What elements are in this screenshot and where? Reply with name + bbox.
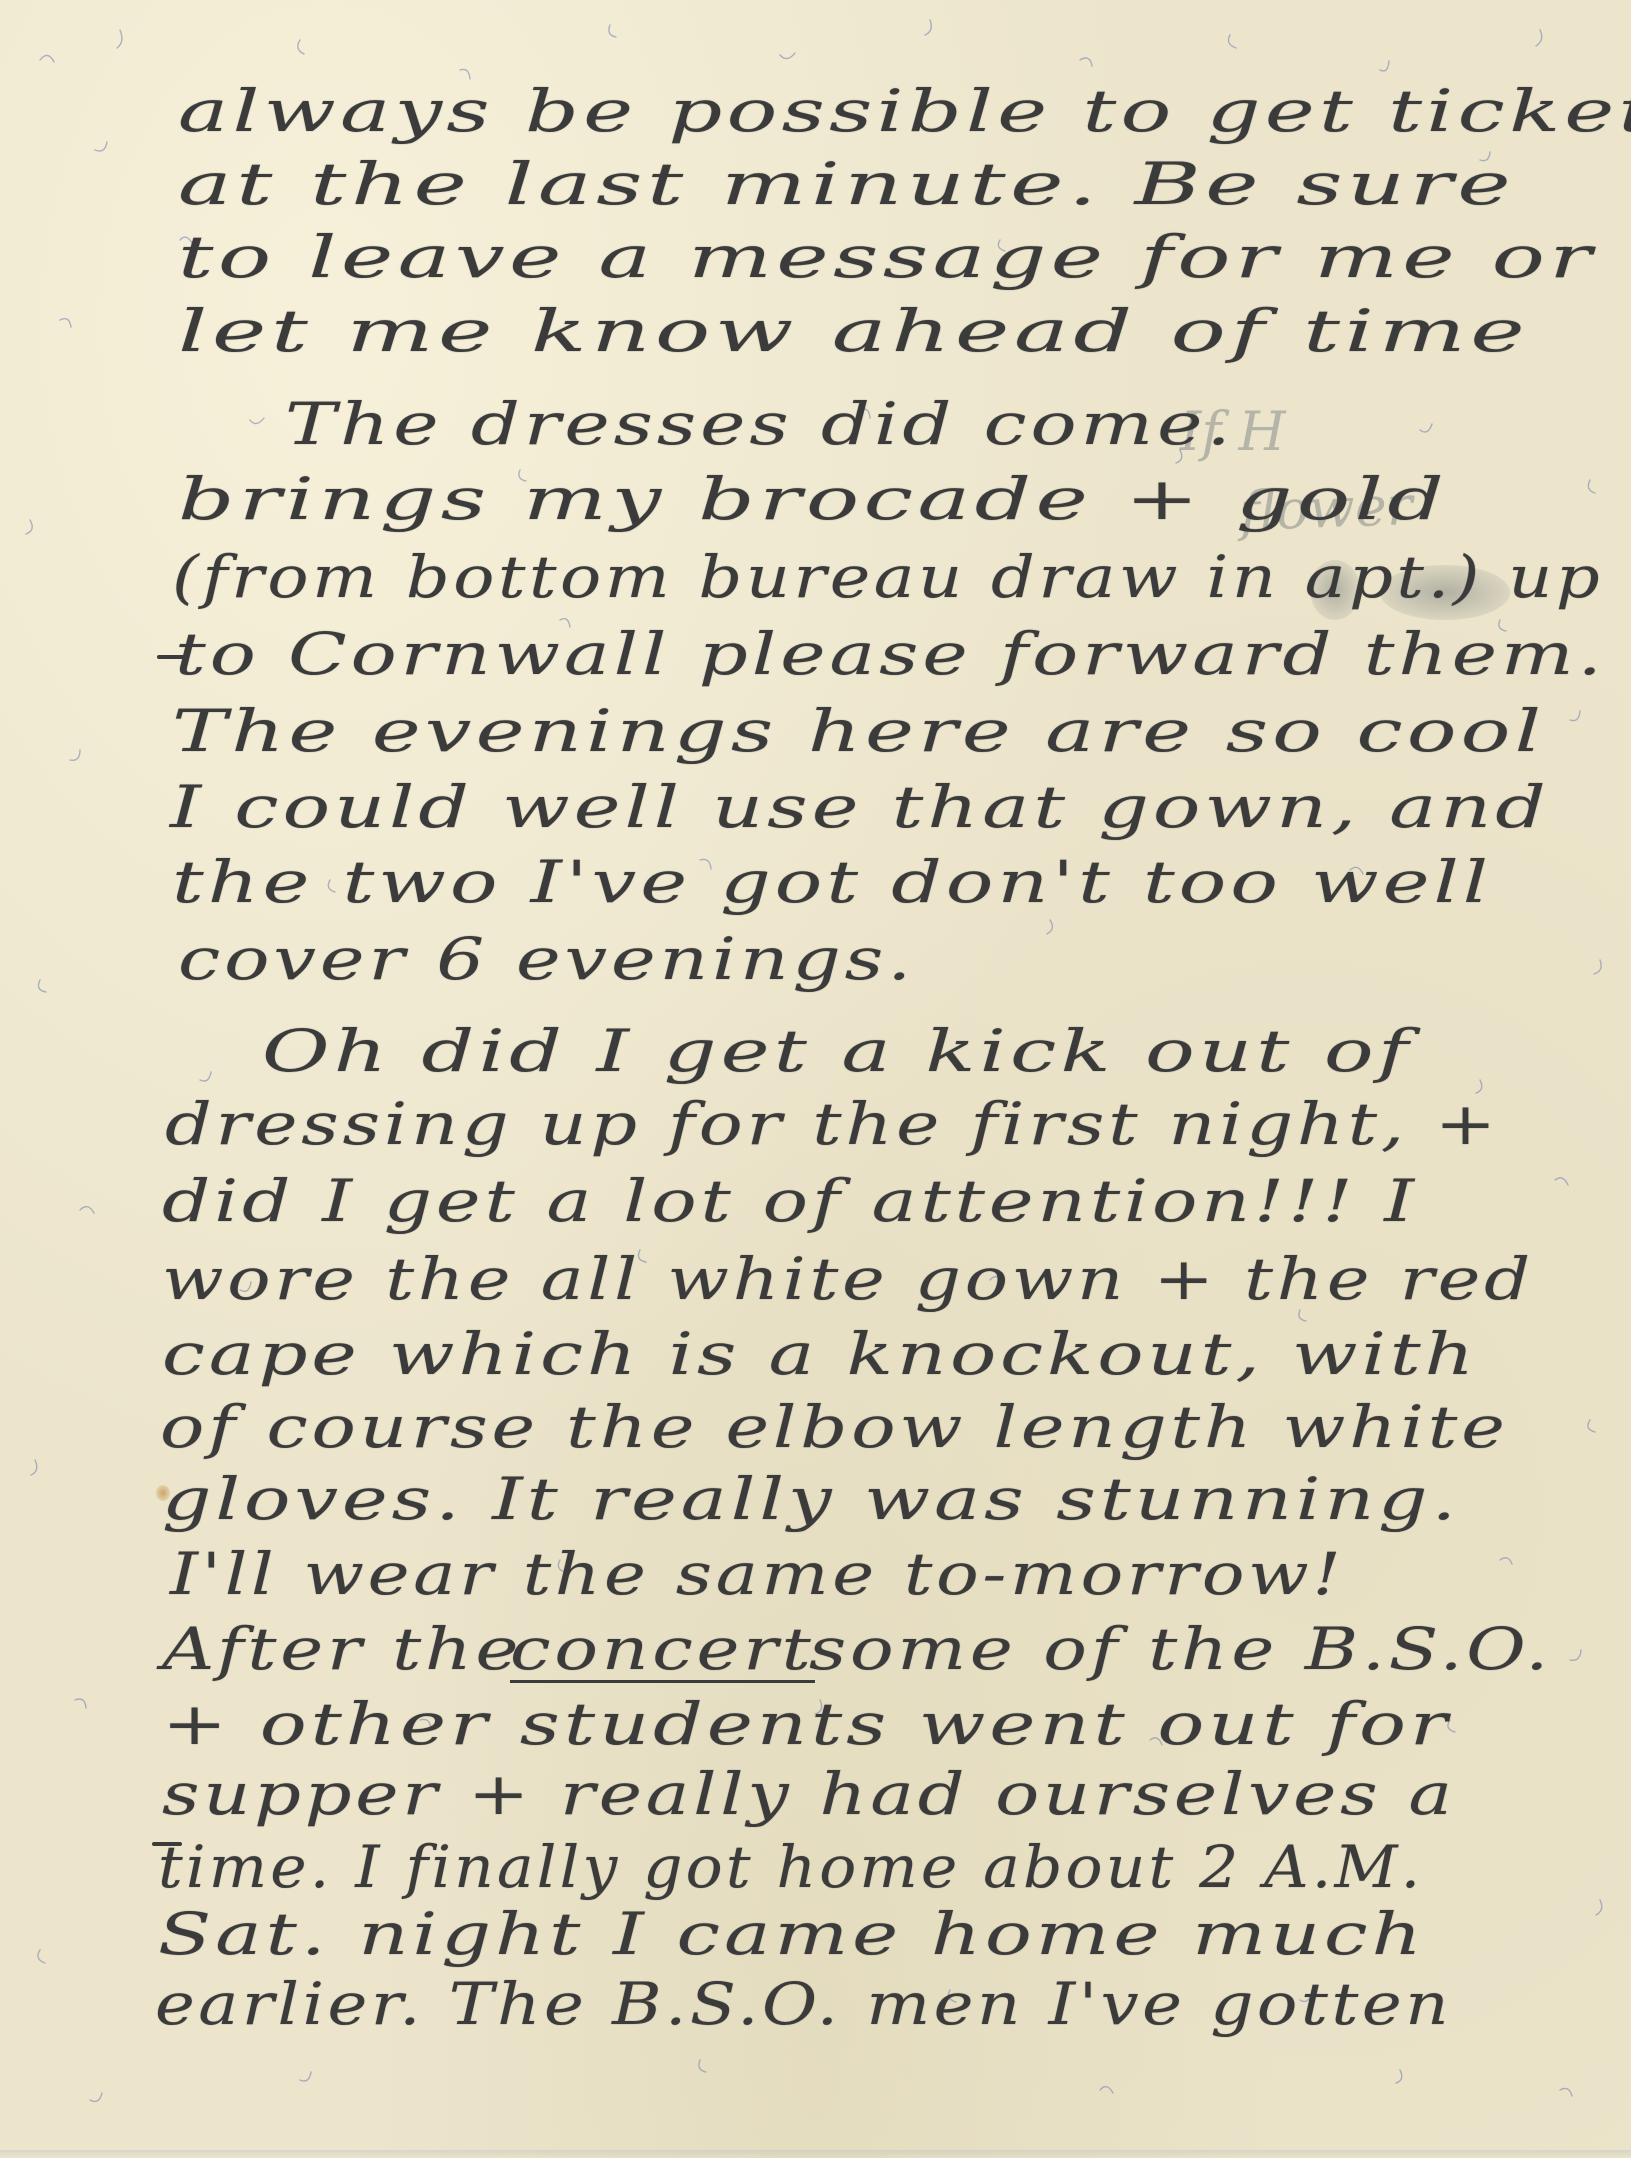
letter-line: to Cornwall please forward them. [175,625,1606,683]
letter-line-segment: After the [162,1620,522,1678]
underlined-word-concert: concert [510,1620,815,1683]
handwritten-letter-body: always be possible to get tickets at the… [0,0,1631,2158]
letter-line: did I get a lot of attention!!! I [162,1172,1418,1230]
letter-line: + other students went out for [162,1695,1451,1753]
letter-line: gloves. It really was stunning. [162,1470,1460,1528]
letter-line: Sat. night I came home much [158,1905,1426,1963]
letter-line: brings my brocade + gold [178,470,1448,528]
letter-line: dressing up for the first night, + [165,1095,1500,1153]
letter-line: The dresses did come. [285,395,1235,453]
letter-line: earlier. The B.S.O. men I've gotten [155,1975,1452,2033]
letter-line: of course the elbow length white [160,1398,1509,1456]
letter-line: always be possible to get tickets [178,82,1631,140]
letter-line: The evenings here are so cool [172,702,1545,760]
letter-line: wore the all white gown + the red [162,1250,1534,1308]
letter-line: time. I finally got home about 2 A.M. [158,1838,1423,1896]
letter-line: the two I've got don't too well [172,853,1492,911]
letter-line: let me know ahead of time [178,302,1529,360]
letter-line: cover 6 evenings. [178,930,915,988]
letter-line: at the last minute. Be sure [178,155,1515,213]
letter-line: cape which is a knockout, with [162,1325,1478,1383]
letter-line: to leave a message for me or [178,228,1596,286]
letter-line: (from bottom bureau draw in apt.) up [172,548,1603,606]
letter-line: Oh did I get a kick out of [262,1022,1413,1080]
letter-line: I'll wear the same to-morrow! [170,1545,1344,1603]
letter-page: If H flower always be possible to get ti… [0,0,1631,2158]
letter-line: I could well use that gown, and [170,778,1550,836]
letter-line: After theconcertsome of the B.S.O. [162,1620,1403,1683]
letter-line-segment: some of the B.S.O. [809,1620,1552,1678]
letter-line: supper + really had ourselves a [162,1765,1456,1823]
